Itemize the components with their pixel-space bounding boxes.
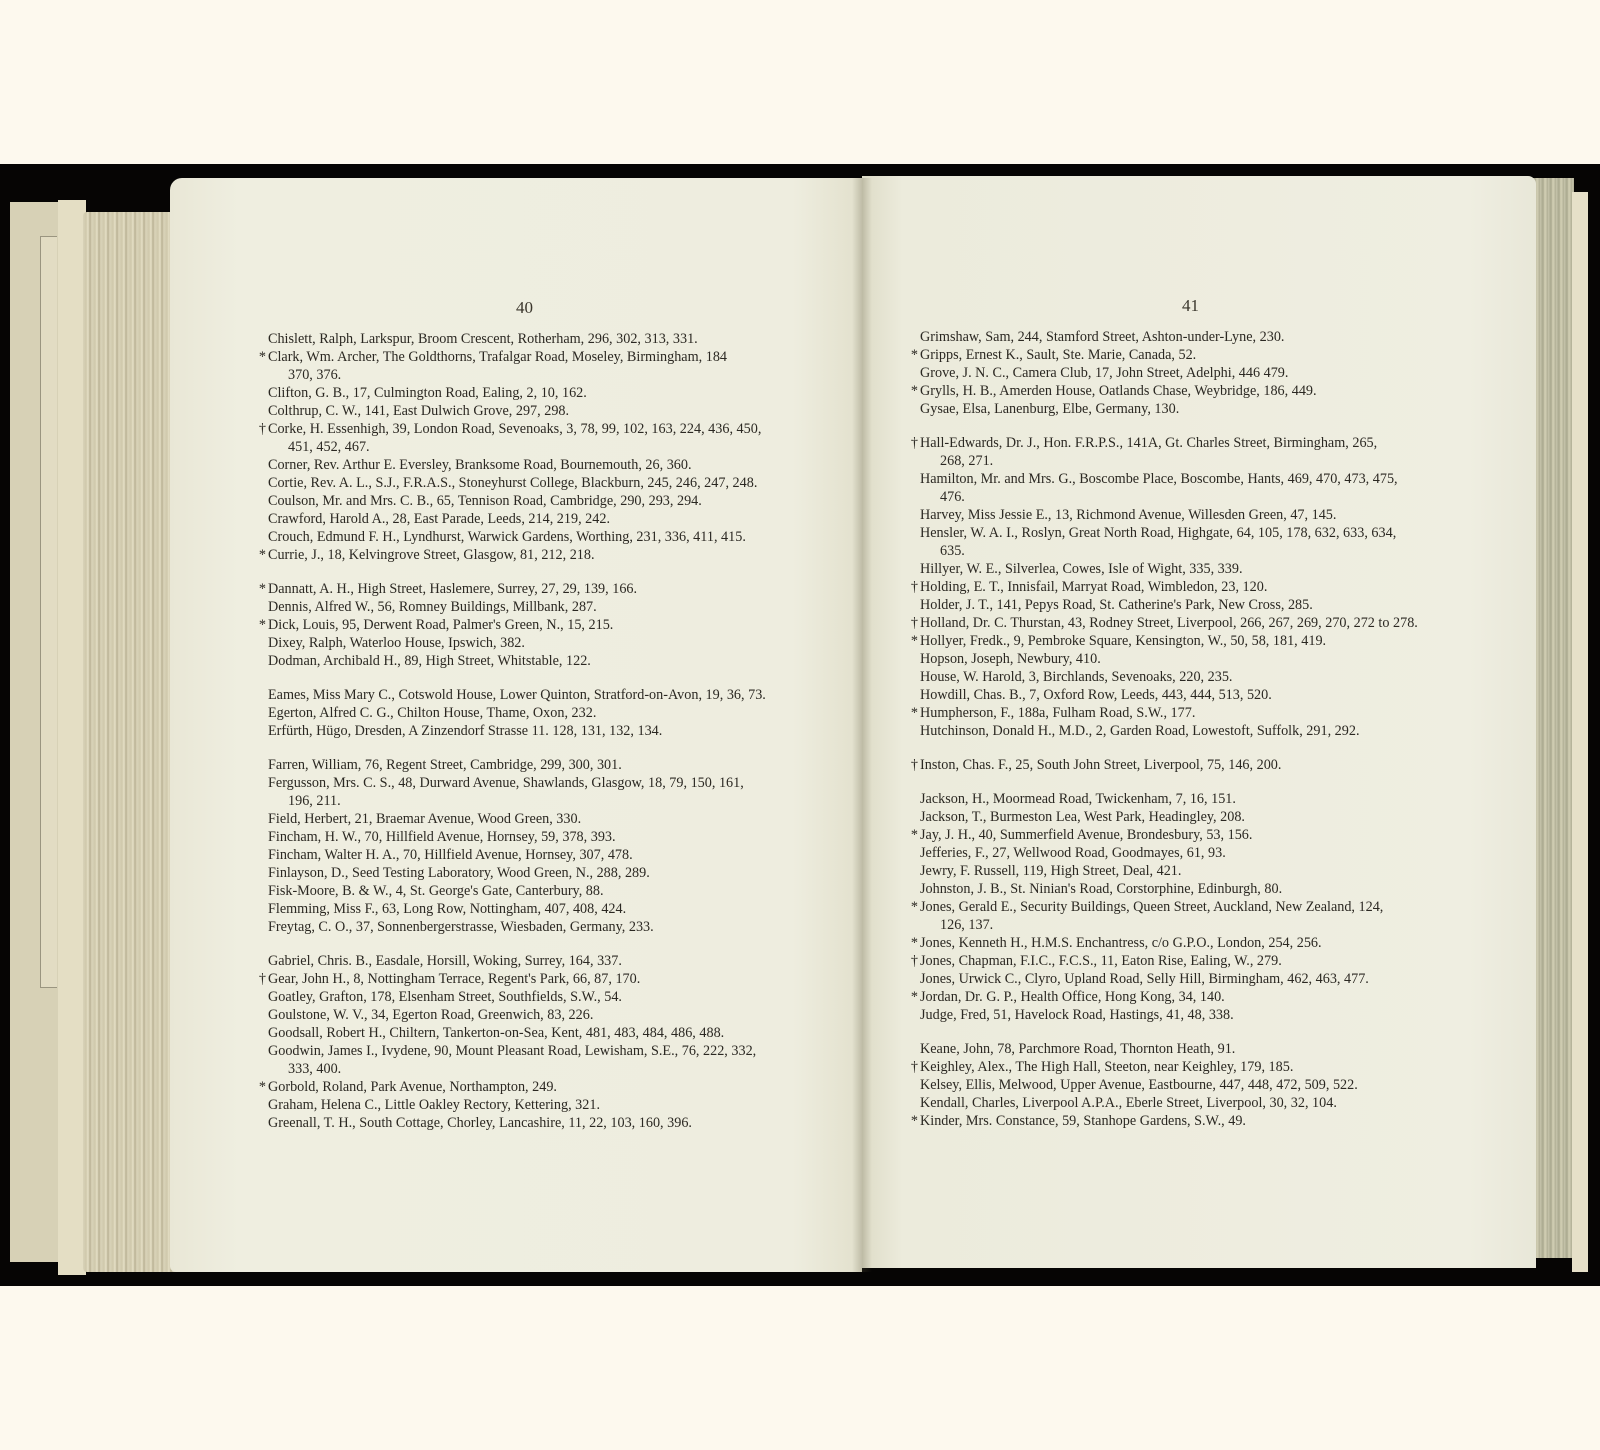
entry-text: Gorbold, Roland, Park Avenue, Northampto…	[268, 1078, 856, 1096]
dagger-mark-icon: †	[908, 952, 918, 970]
index-entry: Howdill, Chas. B., 7, Oxford Row, Leeds,…	[908, 686, 1518, 704]
entry-text: Cortie, Rev. A. L., S.J., F.R.A.S., Ston…	[268, 474, 856, 492]
entry-text: Gabriel, Chris. B., Easdale, Horsill, Wo…	[268, 952, 856, 970]
entry-text: Keighley, Alex., The High Hall, Steeton,…	[920, 1058, 1518, 1076]
entry-text: Fergusson, Mrs. C. S., 48, Durward Avenu…	[268, 774, 856, 792]
index-list: Chislett, Ralph, Larkspur, Broom Crescen…	[256, 330, 856, 1132]
dagger-mark-icon: †	[908, 756, 918, 774]
page-number: 40	[516, 298, 533, 318]
entry-text: Grimshaw, Sam, 244, Stamford Street, Ash…	[920, 328, 1518, 346]
entry-text: Hopson, Joseph, Newbury, 410.	[920, 650, 1518, 668]
asterisk-mark-icon: *	[908, 1112, 918, 1130]
dagger-mark-icon: †	[908, 1058, 918, 1076]
entry-text: House, W. Harold, 3, Birchlands, Sevenoa…	[920, 668, 1518, 686]
entry-text: Fincham, Walter H. A., 70, Hillfield Ave…	[268, 846, 856, 864]
entry-text: Jones, Kenneth H., H.M.S. Enchantress, c…	[920, 934, 1518, 952]
index-entry: Egerton, Alfred C. G., Chilton House, Th…	[256, 704, 856, 722]
entry-text: Goulstone, W. V., 34, Egerton Road, Gree…	[268, 1006, 856, 1024]
entry-text: Farren, William, 76, Regent Street, Camb…	[268, 756, 856, 774]
index-entry: Kendall, Charles, Liverpool A.P.A., Eber…	[908, 1094, 1518, 1112]
index-entry: †Inston, Chas. F., 25, South John Street…	[908, 756, 1518, 774]
asterisk-mark-icon: *	[908, 382, 918, 400]
asterisk-mark-icon: *	[256, 616, 266, 634]
index-entry: Clifton, G. B., 17, Culmington Road, Eal…	[256, 384, 856, 402]
asterisk-mark-icon: *	[908, 898, 918, 916]
index-entry: Hillyer, W. E., Silverlea, Cowes, Isle o…	[908, 560, 1518, 578]
asterisk-mark-icon: *	[908, 988, 918, 1006]
entry-text: Grylls, H. B., Amerden House, Oatlands C…	[920, 382, 1518, 400]
index-entry: Gabriel, Chris. B., Easdale, Horsill, Wo…	[256, 952, 856, 970]
index-entry: †Holding, E. T., Innisfail, Marryat Road…	[908, 578, 1518, 596]
index-entry: *Gorbold, Roland, Park Avenue, Northampt…	[256, 1078, 856, 1096]
index-entry: Colthrup, C. W., 141, East Dulwich Grove…	[256, 402, 856, 420]
entry-text: Colthrup, C. W., 141, East Dulwich Grove…	[268, 402, 856, 420]
index-entry: *Jordan, Dr. G. P., Health Office, Hong …	[908, 988, 1518, 1006]
index-entry: *Currie, J., 18, Kelvingrove Street, Gla…	[256, 546, 856, 564]
entry-text: Goodwin, James I., Ivydene, 90, Mount Pl…	[268, 1042, 856, 1060]
entry-text: Jones, Gerald E., Security Buildings, Qu…	[920, 898, 1518, 916]
dagger-mark-icon: †	[908, 434, 918, 452]
index-entry: Eames, Miss Mary C., Cotswold House, Low…	[256, 686, 856, 704]
entry-text: Greenall, T. H., South Cottage, Chorley,…	[268, 1114, 856, 1132]
entry-text: Inston, Chas. F., 25, South John Street,…	[920, 756, 1518, 774]
entry-text: Hillyer, W. E., Silverlea, Cowes, Isle o…	[920, 560, 1518, 578]
entry-text: Fisk-Moore, B. & W., 4, St. George's Gat…	[268, 882, 856, 900]
index-entry: Cortie, Rev. A. L., S.J., F.R.A.S., Ston…	[256, 474, 856, 492]
entry-text: Holder, J. T., 141, Pepys Road, St. Cath…	[920, 596, 1518, 614]
entry-text: Coulson, Mr. and Mrs. C. B., 65, Tenniso…	[268, 492, 856, 510]
entry-text: Gysae, Elsa, Lanenburg, Elbe, Germany, 1…	[920, 400, 1518, 418]
index-entry: Fincham, Walter H. A., 70, Hillfield Ave…	[256, 846, 856, 864]
index-entry: *Jones, Kenneth H., H.M.S. Enchantress, …	[908, 934, 1518, 952]
index-entry: †Holland, Dr. C. Thurstan, 43, Rodney St…	[908, 614, 1518, 632]
entry-continuation: 370, 376.	[268, 366, 856, 384]
asterisk-mark-icon: *	[908, 632, 918, 650]
asterisk-mark-icon: *	[908, 934, 918, 952]
index-entry: Fincham, H. W., 70, Hillfield Avenue, Ho…	[256, 828, 856, 846]
index-entry: Dixey, Ralph, Waterloo House, Ipswich, 3…	[256, 634, 856, 652]
page-right: 41 Grimshaw, Sam, 244, Stamford Street, …	[862, 176, 1536, 1268]
index-entry: Jones, Urwick C., Clyro, Upland Road, Se…	[908, 970, 1518, 988]
entry-text: Crouch, Edmund F. H., Lyndhurst, Warwick…	[268, 528, 856, 546]
entry-continuation: 126, 137.	[920, 916, 1518, 934]
index-entry: Grove, J. N. C., Camera Club, 17, John S…	[908, 364, 1518, 382]
asterisk-mark-icon: *	[908, 704, 918, 722]
entry-continuation: 196, 211.	[268, 792, 856, 810]
index-entry: Finlayson, D., Seed Testing Laboratory, …	[256, 864, 856, 882]
index-list: Grimshaw, Sam, 244, Stamford Street, Ash…	[908, 328, 1518, 1130]
index-entry: Kelsey, Ellis, Melwood, Upper Avenue, Ea…	[908, 1076, 1518, 1094]
asterisk-mark-icon: *	[256, 348, 266, 366]
index-entry: Harvey, Miss Jessie E., 13, Richmond Ave…	[908, 506, 1518, 524]
entry-text: Clifton, G. B., 17, Culmington Road, Eal…	[268, 384, 856, 402]
index-entry: Grimshaw, Sam, 244, Stamford Street, Ash…	[908, 328, 1518, 346]
index-entry: Jefferies, F., 27, Wellwood Road, Goodma…	[908, 844, 1518, 862]
index-entry: *Kinder, Mrs. Constance, 59, Stanhope Ga…	[908, 1112, 1518, 1130]
index-entry: †Gear, John H., 8, Nottingham Terrace, R…	[256, 970, 856, 988]
index-entry: Goulstone, W. V., 34, Egerton Road, Gree…	[256, 1006, 856, 1024]
index-entry: Johnston, J. B., St. Ninian's Road, Cors…	[908, 880, 1518, 898]
index-entry: *Grylls, H. B., Amerden House, Oatlands …	[908, 382, 1518, 400]
index-entry: †Keighley, Alex., The High Hall, Steeton…	[908, 1058, 1518, 1076]
cover-frame-line	[40, 236, 57, 988]
index-entry: Freytag, C. O., 37, Sonnenbergerstrasse,…	[256, 918, 856, 936]
index-entry: *Humpherson, F., 188a, Fulham Road, S.W.…	[908, 704, 1518, 722]
entry-text: Holland, Dr. C. Thurstan, 43, Rodney Str…	[920, 614, 1518, 632]
asterisk-mark-icon: *	[908, 826, 918, 844]
dagger-mark-icon: †	[908, 614, 918, 632]
asterisk-mark-icon: *	[908, 346, 918, 364]
index-entry: Dennis, Alfred W., 56, Romney Buildings,…	[256, 598, 856, 616]
index-entry: Holder, J. T., 141, Pepys Road, St. Cath…	[908, 596, 1518, 614]
index-entry: Jewry, F. Russell, 119, High Street, Dea…	[908, 862, 1518, 880]
index-entry: †Corke, H. Essenhigh, 39, London Road, S…	[256, 420, 856, 456]
entry-text: Hall-Edwards, Dr. J., Hon. F.R.P.S., 141…	[920, 434, 1518, 452]
dagger-mark-icon: †	[256, 970, 266, 988]
entry-text: Jackson, T., Burmeston Lea, West Park, H…	[920, 808, 1518, 826]
entry-text: Crawford, Harold A., 28, East Parade, Le…	[268, 510, 856, 528]
entry-continuation: 635.	[920, 542, 1518, 560]
index-entry: Goodsall, Robert H., Chiltern, Tankerton…	[256, 1024, 856, 1042]
entry-text: Fincham, H. W., 70, Hillfield Avenue, Ho…	[268, 828, 856, 846]
flyleaf-left	[58, 200, 86, 1275]
index-entry: Crouch, Edmund F. H., Lyndhurst, Warwick…	[256, 528, 856, 546]
entry-text: Hollyer, Fredk., 9, Pembroke Square, Ken…	[920, 632, 1518, 650]
entry-text: Flemming, Miss F., 63, Long Row, Notting…	[268, 900, 856, 918]
entry-text: Corke, H. Essenhigh, 39, London Road, Se…	[268, 420, 856, 438]
index-entry: *Dannatt, A. H., High Street, Haslemere,…	[256, 580, 856, 598]
index-entry: Erfürth, Hügo, Dresden, A Zinzendorf Str…	[256, 722, 856, 740]
entry-text: Goatley, Grafton, 178, Elsenham Street, …	[268, 988, 856, 1006]
index-entry: Flemming, Miss F., 63, Long Row, Notting…	[256, 900, 856, 918]
index-entry: Fergusson, Mrs. C. S., 48, Durward Avenu…	[256, 774, 856, 810]
index-entry: House, W. Harold, 3, Birchlands, Sevenoa…	[908, 668, 1518, 686]
entry-text: Finlayson, D., Seed Testing Laboratory, …	[268, 864, 856, 882]
book-gutter	[852, 178, 872, 1272]
entry-text: Keane, John, 78, Parchmore Road, Thornto…	[920, 1040, 1518, 1058]
index-entry: Hensler, W. A. I., Roslyn, Great North R…	[908, 524, 1518, 560]
page-number: 41	[1182, 296, 1199, 316]
asterisk-mark-icon: *	[256, 1078, 266, 1096]
dagger-mark-icon: †	[256, 420, 266, 438]
index-entry: †Jones, Chapman, F.I.C., F.C.S., 11, Eat…	[908, 952, 1518, 970]
index-entry: *Gripps, Ernest K., Sault, Ste. Marie, C…	[908, 346, 1518, 364]
asterisk-mark-icon: *	[256, 546, 266, 564]
entry-text: Freytag, C. O., 37, Sonnenbergerstrasse,…	[268, 918, 856, 936]
index-entry: *Jones, Gerald E., Security Buildings, Q…	[908, 898, 1518, 934]
entry-text: Gear, John H., 8, Nottingham Terrace, Re…	[268, 970, 856, 988]
index-entry: Corner, Rev. Arthur E. Eversley, Brankso…	[256, 456, 856, 474]
index-entry: *Hollyer, Fredk., 9, Pembroke Square, Ke…	[908, 632, 1518, 650]
page-left: 40 Chislett, Ralph, Larkspur, Broom Cres…	[170, 178, 862, 1272]
entry-text: Jones, Chapman, F.I.C., F.C.S., 11, Eato…	[920, 952, 1518, 970]
entry-text: Hamilton, Mr. and Mrs. G., Boscombe Plac…	[920, 470, 1518, 488]
index-entry: Gysae, Elsa, Lanenburg, Elbe, Germany, 1…	[908, 400, 1518, 418]
entry-text: Judge, Fred, 51, Havelock Road, Hastings…	[920, 1006, 1518, 1024]
entry-text: Gripps, Ernest K., Sault, Ste. Marie, Ca…	[920, 346, 1518, 364]
entry-text: Egerton, Alfred C. G., Chilton House, Th…	[268, 704, 856, 722]
index-entry: Crawford, Harold A., 28, East Parade, Le…	[256, 510, 856, 528]
index-entry: Coulson, Mr. and Mrs. C. B., 65, Tenniso…	[256, 492, 856, 510]
entry-text: Jewry, F. Russell, 119, High Street, Dea…	[920, 862, 1518, 880]
entry-text: Field, Herbert, 21, Braemar Avenue, Wood…	[268, 810, 856, 828]
entry-text: Grove, J. N. C., Camera Club, 17, John S…	[920, 364, 1518, 382]
entry-text: Clark, Wm. Archer, The Goldthorns, Trafa…	[268, 348, 856, 366]
index-entry: †Hall-Edwards, Dr. J., Hon. F.R.P.S., 14…	[908, 434, 1518, 470]
entry-text: Dick, Louis, 95, Derwent Road, Palmer's …	[268, 616, 856, 634]
index-entry: Greenall, T. H., South Cottage, Chorley,…	[256, 1114, 856, 1132]
asterisk-mark-icon: *	[256, 580, 266, 598]
index-entry: Goatley, Grafton, 178, Elsenham Street, …	[256, 988, 856, 1006]
entry-continuation: 268, 271.	[920, 452, 1518, 470]
entry-text: Dixey, Ralph, Waterloo House, Ipswich, 3…	[268, 634, 856, 652]
entry-text: Dannatt, A. H., High Street, Haslemere, …	[268, 580, 856, 598]
index-entry: Chislett, Ralph, Larkspur, Broom Crescen…	[256, 330, 856, 348]
index-entry: Dodman, Archibald H., 89, High Street, W…	[256, 652, 856, 670]
entry-text: Erfürth, Hügo, Dresden, A Zinzendorf Str…	[268, 722, 856, 740]
entry-text: Eames, Miss Mary C., Cotswold House, Low…	[268, 686, 856, 704]
page-edges-left	[83, 212, 178, 1272]
index-entry: *Jay, J. H., 40, Summerfield Avenue, Bro…	[908, 826, 1518, 844]
index-entry: *Clark, Wm. Archer, The Goldthorns, Traf…	[256, 348, 856, 384]
entry-text: Dennis, Alfred W., 56, Romney Buildings,…	[268, 598, 856, 616]
entry-text: Kelsey, Ellis, Melwood, Upper Avenue, Ea…	[920, 1076, 1518, 1094]
index-entry: Judge, Fred, 51, Havelock Road, Hastings…	[908, 1006, 1518, 1024]
entry-text: Jackson, H., Moormead Road, Twickenham, …	[920, 790, 1518, 808]
entry-text: Johnston, J. B., St. Ninian's Road, Cors…	[920, 880, 1518, 898]
entry-text: Goodsall, Robert H., Chiltern, Tankerton…	[268, 1024, 856, 1042]
index-entry: Hamilton, Mr. and Mrs. G., Boscombe Plac…	[908, 470, 1518, 506]
entry-text: Holding, E. T., Innisfail, Marryat Road,…	[920, 578, 1518, 596]
index-entry: Goodwin, James I., Ivydene, 90, Mount Pl…	[256, 1042, 856, 1078]
index-entry: Fisk-Moore, B. & W., 4, St. George's Gat…	[256, 882, 856, 900]
entry-text: Hutchinson, Donald H., M.D., 2, Garden R…	[920, 722, 1518, 740]
entry-continuation: 333, 400.	[268, 1060, 856, 1078]
entry-text: Humpherson, F., 188a, Fulham Road, S.W.,…	[920, 704, 1518, 722]
entry-text: Jordan, Dr. G. P., Health Office, Hong K…	[920, 988, 1518, 1006]
entry-text: Currie, J., 18, Kelvingrove Street, Glas…	[268, 546, 856, 564]
entry-text: Jay, J. H., 40, Summerfield Avenue, Bron…	[920, 826, 1518, 844]
dagger-mark-icon: †	[908, 578, 918, 596]
entry-text: Graham, Helena C., Little Oakley Rectory…	[268, 1096, 856, 1114]
entry-text: Jones, Urwick C., Clyro, Upland Road, Se…	[920, 970, 1518, 988]
entry-text: Hensler, W. A. I., Roslyn, Great North R…	[920, 524, 1518, 542]
entry-text: Kinder, Mrs. Constance, 59, Stanhope Gar…	[920, 1112, 1518, 1130]
entry-text: Corner, Rev. Arthur E. Eversley, Brankso…	[268, 456, 856, 474]
book-cover-right	[1572, 192, 1588, 1272]
entry-text: Jefferies, F., 27, Wellwood Road, Goodma…	[920, 844, 1518, 862]
entry-text: Harvey, Miss Jessie E., 13, Richmond Ave…	[920, 506, 1518, 524]
index-entry: Graham, Helena C., Little Oakley Rectory…	[256, 1096, 856, 1114]
entry-continuation: 476.	[920, 488, 1518, 506]
index-entry: Jackson, H., Moormead Road, Twickenham, …	[908, 790, 1518, 808]
index-entry: *Dick, Louis, 95, Derwent Road, Palmer's…	[256, 616, 856, 634]
index-entry: Jackson, T., Burmeston Lea, West Park, H…	[908, 808, 1518, 826]
entry-continuation: 451, 452, 467.	[268, 438, 856, 456]
page-edges-right	[1532, 178, 1574, 1258]
index-entry: Keane, John, 78, Parchmore Road, Thornto…	[908, 1040, 1518, 1058]
index-entry: Farren, William, 76, Regent Street, Camb…	[256, 756, 856, 774]
entry-text: Howdill, Chas. B., 7, Oxford Row, Leeds,…	[920, 686, 1518, 704]
entry-text: Chislett, Ralph, Larkspur, Broom Crescen…	[268, 330, 856, 348]
index-entry: Hopson, Joseph, Newbury, 410.	[908, 650, 1518, 668]
index-entry: Field, Herbert, 21, Braemar Avenue, Wood…	[256, 810, 856, 828]
entry-text: Kendall, Charles, Liverpool A.P.A., Eber…	[920, 1094, 1518, 1112]
index-entry: Hutchinson, Donald H., M.D., 2, Garden R…	[908, 722, 1518, 740]
entry-text: Dodman, Archibald H., 89, High Street, W…	[268, 652, 856, 670]
